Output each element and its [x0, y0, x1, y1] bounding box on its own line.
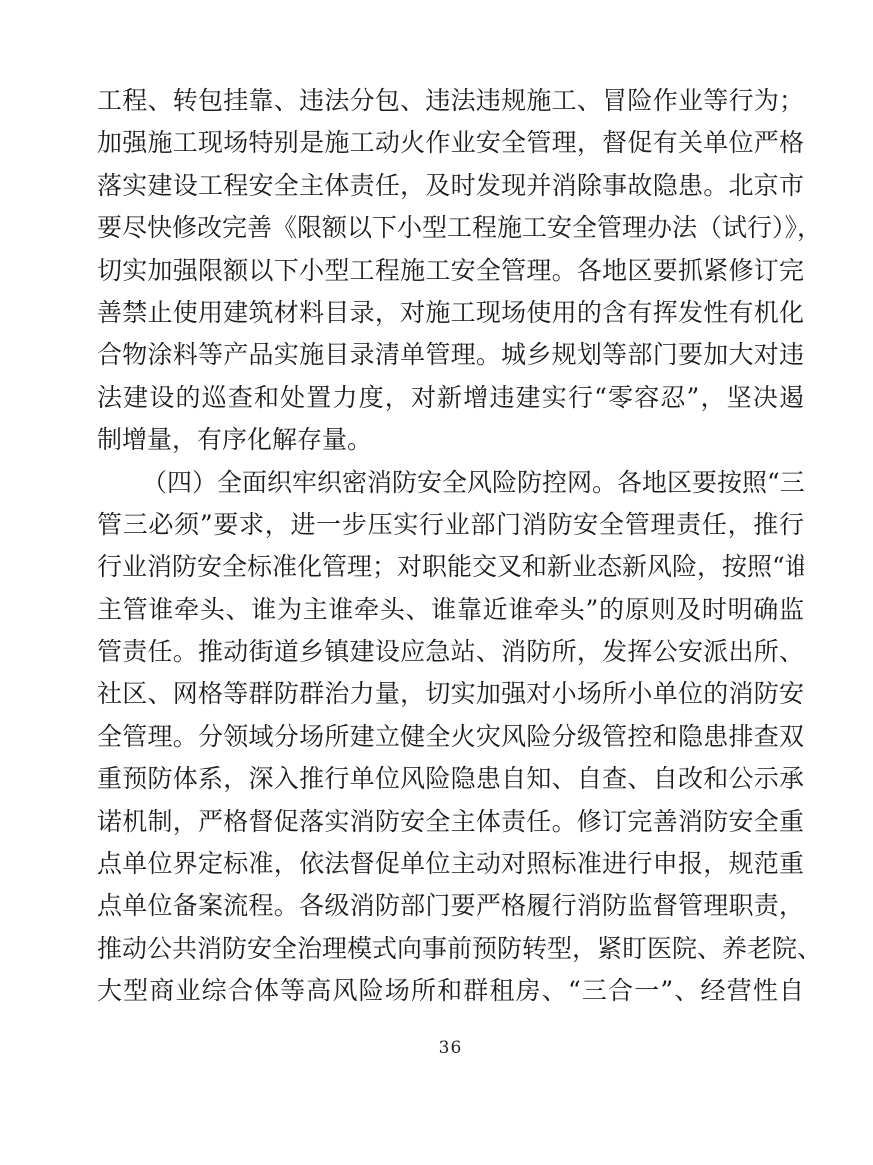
- text-line: 法建设的巡查和处置力度，对新增违建实行“零容忍”，坚决遏: [97, 377, 804, 419]
- document-text-block: 工程、转包挂靠、违法分包、违法违规施工、冒险作业等行为； 加强施工现场特别是施工…: [97, 80, 804, 1013]
- text-line: 善禁止使用建筑材料目录，对施工现场使用的含有挥发性有机化: [97, 292, 804, 334]
- text-line: 切实加强限额以下小型工程施工安全管理。各地区要抓紧修订完: [97, 250, 804, 292]
- text-line: 管三必须”要求，进一步压实行业部门消防安全管理责任，推行: [97, 504, 804, 546]
- text-line: 点单位界定标准，依法督促单位主动对照标准进行申报，规范重: [97, 843, 804, 885]
- text-line: 加强施工现场特别是施工动火作业安全管理，督促有关单位严格: [97, 122, 804, 164]
- text-line: 要尽快修改完善《限额以下小型工程施工安全管理办法（试行）》，: [97, 207, 804, 249]
- text-line-paragraph-end: 制增量，有序化解存量。: [97, 419, 804, 461]
- text-line: 管责任。推动街道乡镇建设应急站、消防所，发挥公安派出所、: [97, 631, 804, 673]
- text-line: 诺机制，严格督促落实消防安全主体责任。修订完善消防安全重: [97, 801, 804, 843]
- text-line: 点单位备案流程。各级消防部门要严格履行消防监督管理职责，: [97, 885, 804, 927]
- text-line: 大型商业综合体等高风险场所和群租房、“三合一”、经营性自: [97, 970, 804, 1012]
- text-line: 社区、网格等群防群治力量，切实加强对小场所小单位的消防安: [97, 673, 804, 715]
- text-line: 工程、转包挂靠、违法分包、违法违规施工、冒险作业等行为；: [97, 80, 804, 122]
- text-line: 合物涂料等产品实施目录清单管理。城乡规划等部门要加大对违: [97, 334, 804, 376]
- page-footer: 36: [97, 1038, 804, 1058]
- text-line: 主管谁牵头、谁为主谁牵头、谁靠近谁牵头”的原则及时明确监: [97, 589, 804, 631]
- page-number: 36: [439, 1038, 463, 1058]
- document-page: 工程、转包挂靠、违法分包、违法违规施工、冒险作业等行为； 加强施工现场特别是施工…: [0, 0, 873, 1165]
- text-line: 推动公共消防安全治理模式向事前预防转型，紧盯医院、养老院、: [97, 928, 804, 970]
- text-line-section-4-heading: （四）全面织牢织密消防安全风险防控网。各地区要按照“三: [97, 462, 804, 504]
- text-line: 行业消防安全标准化管理；对职能交叉和新业态新风险，按照“谁: [97, 546, 804, 588]
- text-line: 重预防体系，深入推行单位风险隐患自知、自查、自改和公示承: [97, 758, 804, 800]
- text-line: 落实建设工程安全主体责任，及时发现并消除事故隐患。北京市: [97, 165, 804, 207]
- text-line: 全管理。分领域分场所建立健全火灾风险分级管控和隐患排查双: [97, 716, 804, 758]
